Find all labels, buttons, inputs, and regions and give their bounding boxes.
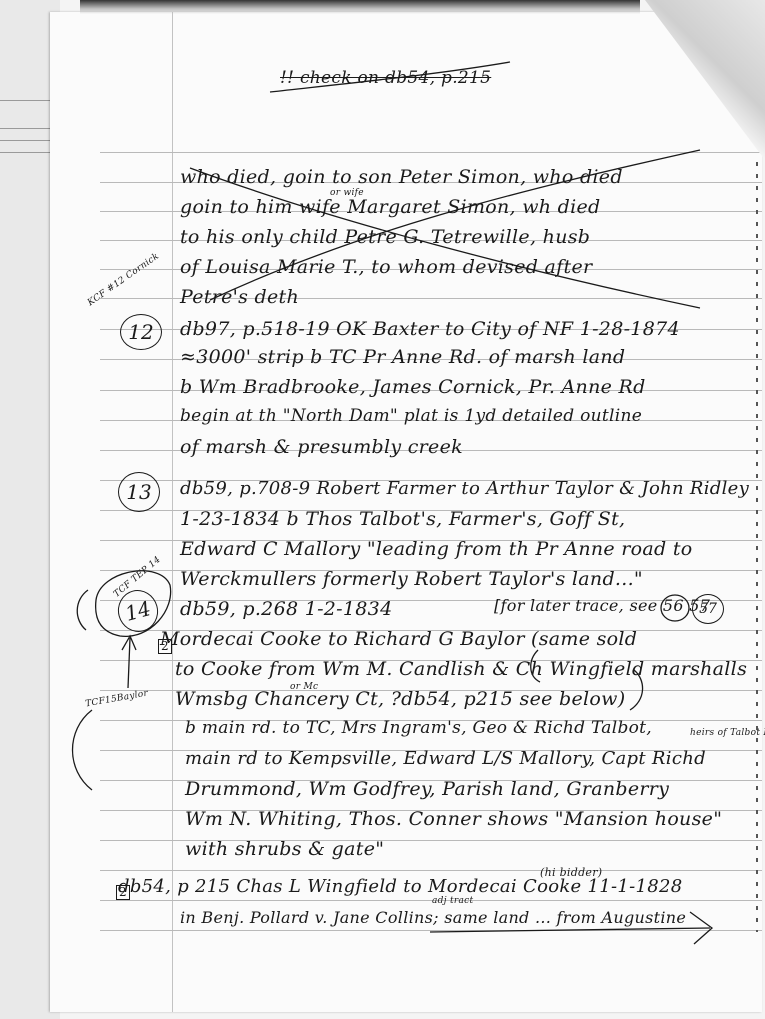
- boxed-ref: 2: [116, 880, 130, 902]
- entry-number-circle: 12: [120, 314, 162, 350]
- entry-line: of marsh & presumbly creek: [180, 436, 463, 458]
- box-number: 2: [158, 639, 172, 654]
- entry-line: of Louisa Marie T., to whom devised afte…: [180, 256, 592, 278]
- header-note: !! check on db54, p.215: [280, 68, 491, 88]
- entry-line: b main rd. to TC, Mrs Ingram's, Geo & Ri…: [185, 718, 652, 738]
- entry-line: Drummond, Wm Godfrey, Parish land, Granb…: [185, 778, 669, 800]
- entry-line: db59, p.708-9 Robert Farmer to Arthur Ta…: [180, 478, 749, 499]
- entry-line: main rd to Kempsville, Edward L/S Mallor…: [185, 748, 706, 769]
- entry-number-circle: 13: [118, 472, 160, 512]
- entry-line: Werckmullers formerly Robert Taylor's la…: [180, 568, 643, 590]
- entry-line: Wmsbg Chancery Ct, ?db54, p215 see below…: [175, 688, 625, 710]
- entry-line: b Wm Bradbrooke, James Cornick, Pr. Anne…: [180, 376, 646, 398]
- entry-line: 1-23-1834 b Thos Talbot's, Farmer's, Gof…: [180, 508, 625, 530]
- entry-line: to Cooke from Wm M. Candlish & Ch Wingfi…: [175, 658, 747, 680]
- entry-line: ≈3000' strip b TC Pr Anne Rd. of marsh l…: [180, 346, 625, 368]
- entry-line: Edward C Mallory "leading from th Pr Ann…: [180, 538, 693, 560]
- interlinear-note: adj tract: [432, 896, 473, 906]
- entry-line: db97, p.518-19 OK Baxter to City of NF 1…: [180, 318, 680, 340]
- side-note: [for later trace, see 56 57: [494, 596, 710, 615]
- entry-line: Petre's deth: [180, 286, 299, 308]
- entry-line: db59, p.268 1-2-1834: [180, 598, 392, 620]
- entry-line: begin at th "North Dam" plat is 1yd deta…: [180, 406, 642, 426]
- page-edge-holes: [756, 162, 758, 932]
- entry-line: with shrubs & gate": [185, 838, 384, 860]
- entry-line: who died, goin to son Peter Simon, who d…: [180, 166, 623, 188]
- entry-line: to his only child Petre G. Tetrewille, h…: [180, 226, 590, 248]
- page-top-shadow: [80, 0, 640, 14]
- boxed-ref: 2: [158, 634, 172, 656]
- interlinear-note: heirs of Talbot Ingram: [690, 728, 765, 738]
- entry-line: db54, p 215 Chas L Wingfield to Mordecai…: [118, 876, 683, 897]
- box-number: 2: [116, 885, 130, 900]
- entry-line: in Benj. Pollard v. Jane Collins; same l…: [180, 908, 686, 927]
- entry-line: Mordecai Cooke to Richard G Baylor (same…: [160, 628, 637, 650]
- trace-ref-circle: 57: [692, 594, 724, 624]
- entry-line: Wm N. Whiting, Thos. Conner shows "Mansi…: [185, 808, 722, 830]
- entry-line: goin to him wife Margaret Simon, wh died: [180, 196, 601, 218]
- margin-line: [172, 12, 173, 1012]
